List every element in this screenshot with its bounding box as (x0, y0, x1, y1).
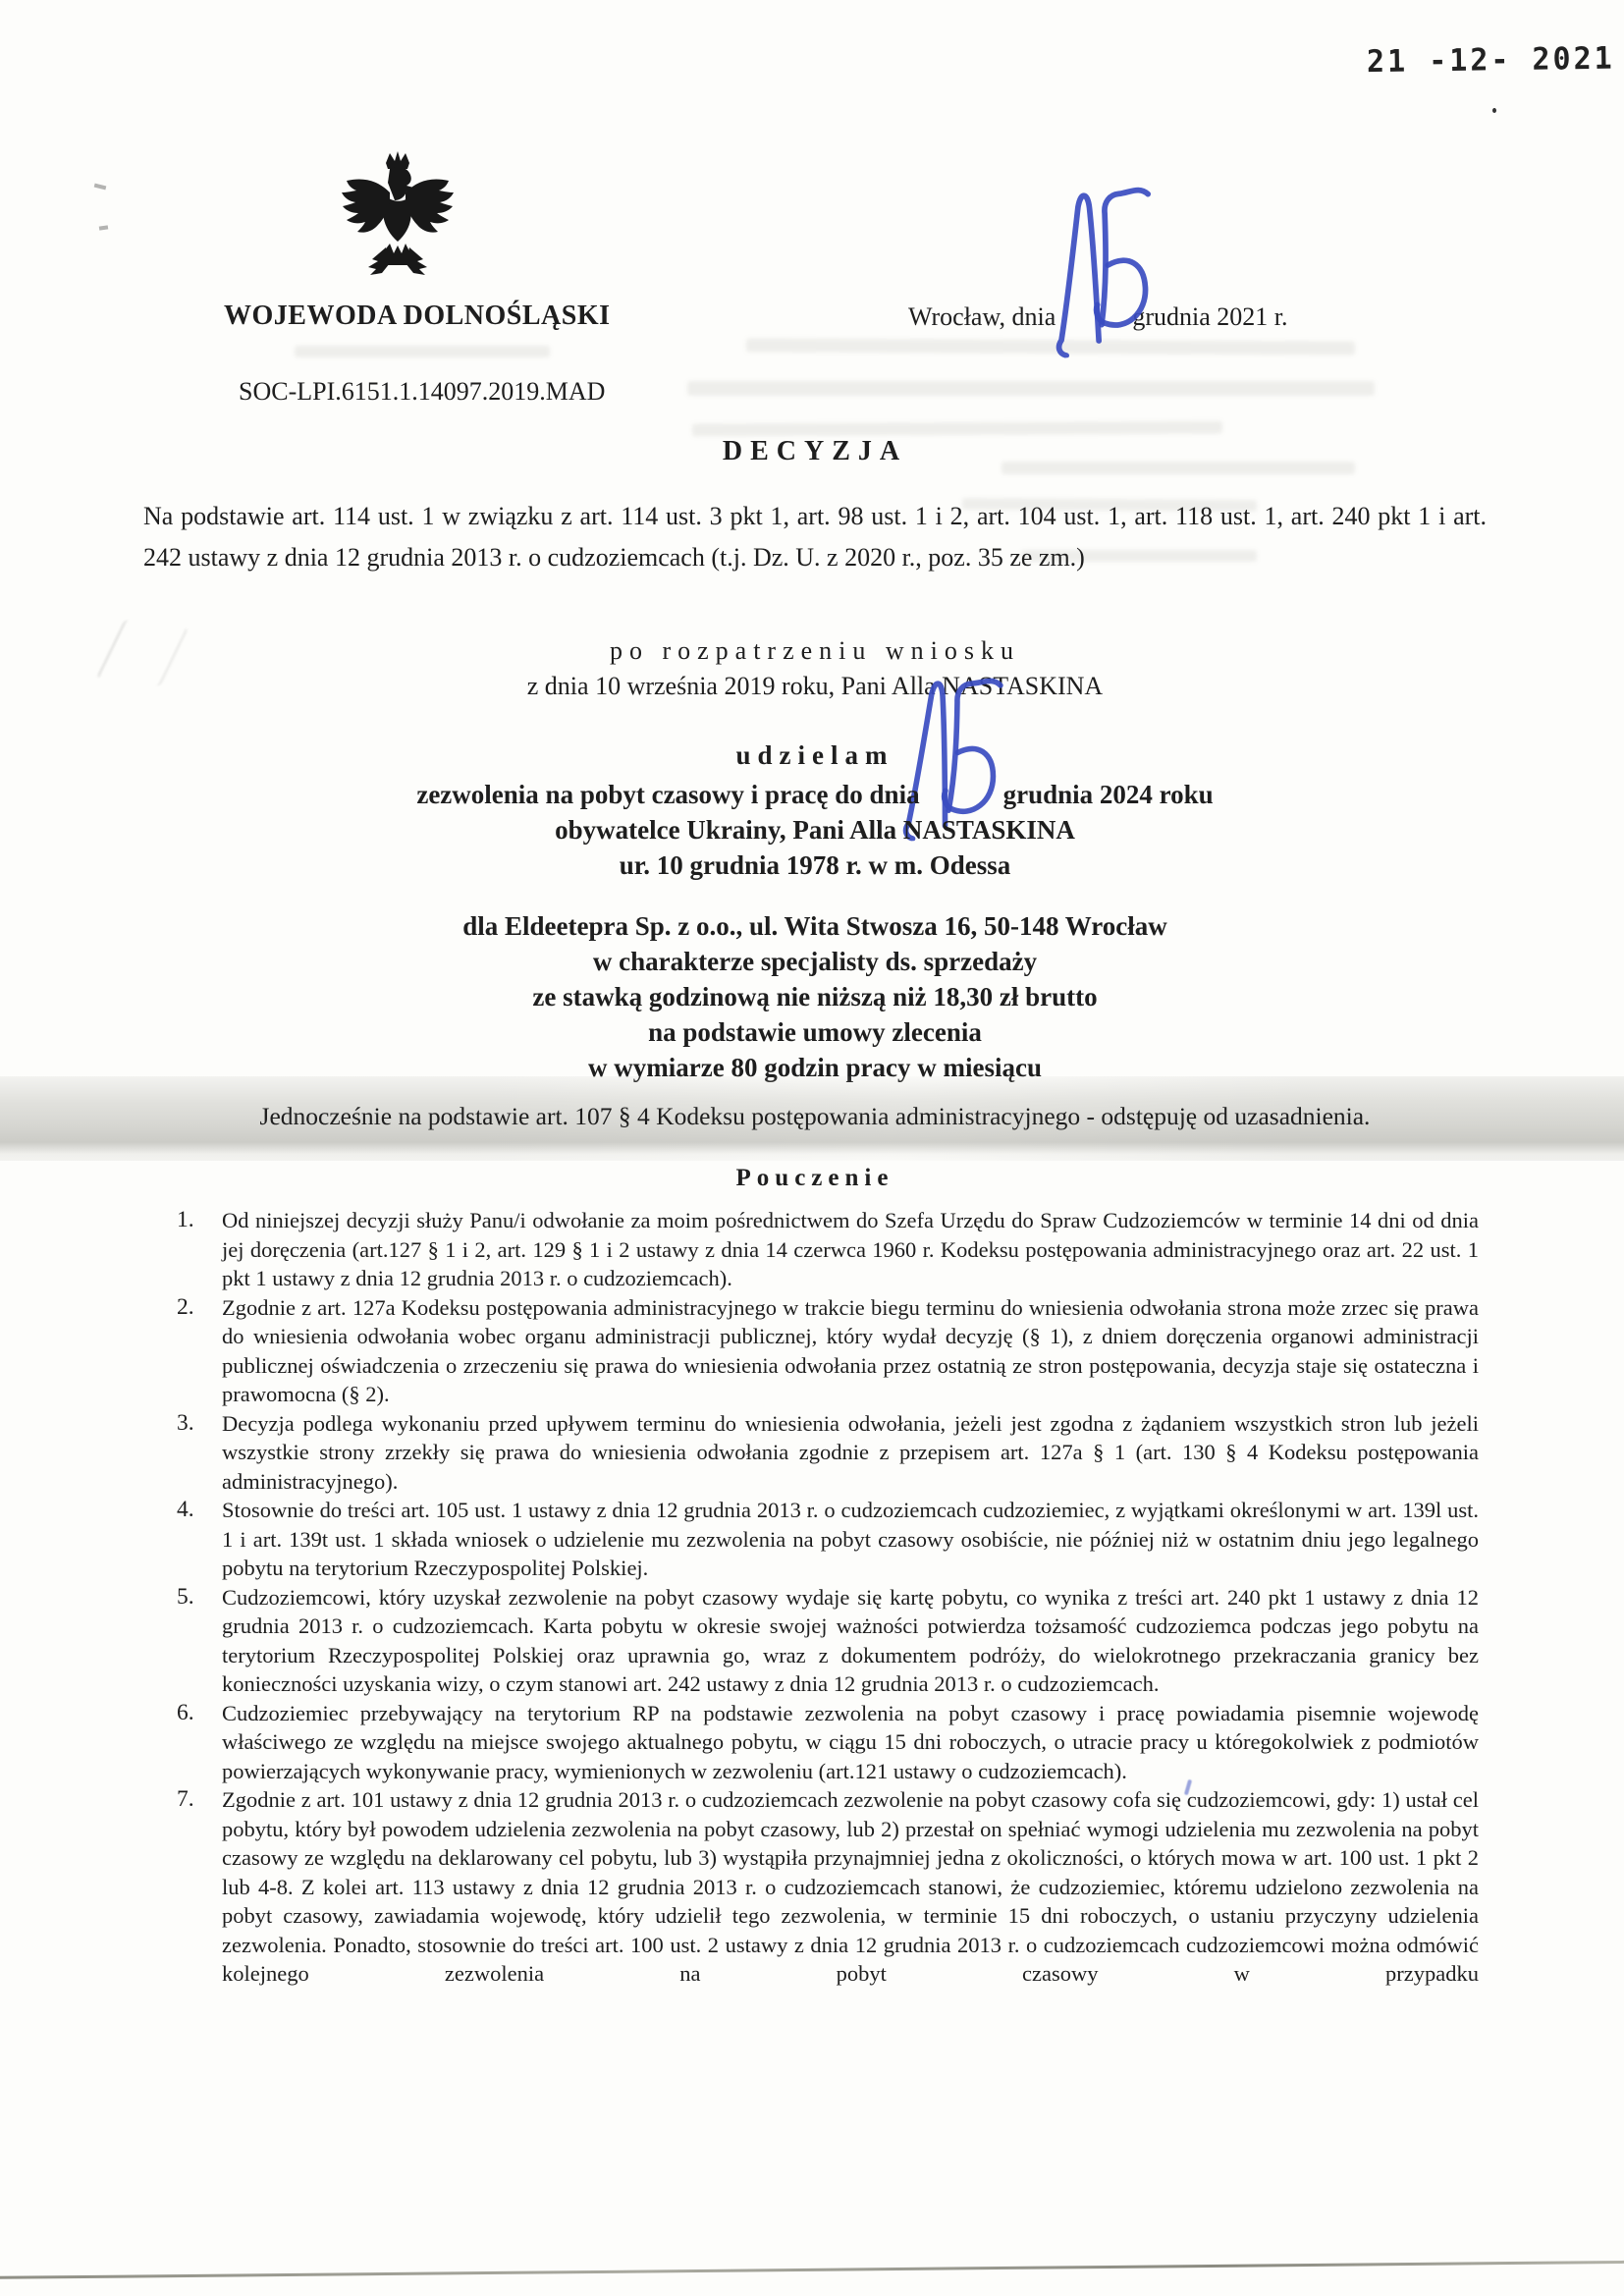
item-number: 7. (177, 1785, 222, 1815)
pouczenie-heading: Pouczenie (143, 1165, 1487, 1192)
authority-name: WOJEWODA DOLNOŚLĄSKI (224, 301, 611, 332)
scanned-decision-page: 21 -12- 2021 WOJEWODA DOLNOŚLĄSKI Wrocła… (0, 0, 1624, 2296)
handwritten-day-top (1034, 179, 1170, 359)
item-text: Stosownie do treści art. 105 ust. 1 usta… (222, 1496, 1479, 1583)
pouczenie-item: 2. Zgodnie z art. 127a Kodeksu postępowa… (177, 1293, 1479, 1409)
decision-line-position: w charakterze specjalisty ds. sprzedaży (143, 947, 1487, 977)
pouczenie-item: 1. Od niniejszej decyzji służy Panu/i od… (177, 1206, 1479, 1293)
decision-line-permit-left: zezwolenia na pobyt czasowy i pracę do d… (416, 780, 919, 809)
pouczenie-item: 3. Decyzja podlega wykonaniu przed upływ… (177, 1409, 1479, 1497)
place-date-prefix: Wrocław, dnia (908, 302, 1056, 331)
decision-line-birth: ur. 10 grudnia 1978 r. w m. Odessa (143, 850, 1487, 881)
decision-line-citizen: obywatelce Ukrainy, Pani Alla NASTASKINA (143, 815, 1487, 846)
item-text: Od niniejszej decyzji służy Panu/i odwoł… (222, 1206, 1479, 1293)
waiver-sentence: Jednocześnie na podstawie art. 107 § 4 K… (143, 1102, 1487, 1131)
document-title: DECYZJA (143, 436, 1487, 467)
application-line: z dnia 10 września 2019 roku, Pani Alla … (143, 672, 1487, 701)
item-number: 3. (177, 1409, 222, 1439)
scan-speck (94, 184, 107, 191)
pouczenie-list: 1. Od niniejszej decyzji służy Panu/i od… (177, 1206, 1479, 1989)
bleed-through-artifact (692, 421, 1222, 437)
decision-line-contract: na podstawie umowy zlecenia (143, 1017, 1487, 1048)
bleed-through-artifact (295, 346, 550, 357)
pouczenie-item: 5. Cudzoziemcowi, który uzyskał zezwolen… (177, 1583, 1479, 1699)
item-number: 4. (177, 1496, 222, 1525)
pouczenie-item: 7. Zgodnie z art. 101 ustawy z dnia 12 g… (177, 1785, 1479, 1989)
pouczenie-item: 4. Stosownie do treści art. 105 ust. 1 u… (177, 1496, 1479, 1583)
item-text: Cudzoziemcowi, który uzyskał zezwolenie … (222, 1583, 1479, 1699)
scan-page-edge (0, 2261, 1624, 2279)
place-date-suffix: grudnia 2021 r. (1132, 302, 1287, 331)
item-text: Cudzoziemiec przebywający na terytorium … (222, 1699, 1479, 1786)
decision-line-permit-right: grudnia 2024 roku (1003, 780, 1214, 809)
stamp-ink-dot (1492, 108, 1496, 113)
after-review-line: po rozpatrzeniu wniosku (143, 636, 1487, 666)
grant-word: udzielam (143, 740, 1487, 771)
case-number: SOC-LPI.6151.1.14097.2019.MAD (239, 377, 605, 407)
bleed-through-artifact (687, 381, 1375, 396)
polish-eagle-emblem (339, 149, 457, 287)
item-number: 2. (177, 1293, 222, 1323)
decision-line-employer: dla Eldeetepra Sp. z o.o., ul. Wita Stwo… (143, 911, 1487, 942)
item-text: Decyzja podlega wykonaniu przed upływem … (222, 1409, 1479, 1497)
date-stamp: 21 -12- 2021 (1367, 41, 1615, 81)
legal-basis-paragraph: Na podstawie art. 114 ust. 1 w związku z… (143, 496, 1487, 578)
item-number: 1. (177, 1206, 222, 1235)
item-text: Zgodnie z art. 127a Kodeksu postępowania… (222, 1293, 1479, 1409)
bleed-through-artifact (746, 338, 1355, 355)
decision-line-permit: zezwolenia na pobyt czasowy i pracę do d… (143, 780, 1487, 810)
item-number: 5. (177, 1583, 222, 1613)
decision-line-wage: ze stawką godzinową nie niższą niż 18,30… (143, 982, 1487, 1012)
item-text: Zgodnie z art. 101 ustawy z dnia 12 grud… (222, 1785, 1479, 1989)
pouczenie-item: 6. Cudzoziemiec przebywający na terytori… (177, 1699, 1479, 1786)
item-number: 6. (177, 1699, 222, 1728)
place-date-line: Wrocław, dniagrudnia 2021 r. (908, 302, 1287, 332)
scan-speck (99, 225, 108, 230)
